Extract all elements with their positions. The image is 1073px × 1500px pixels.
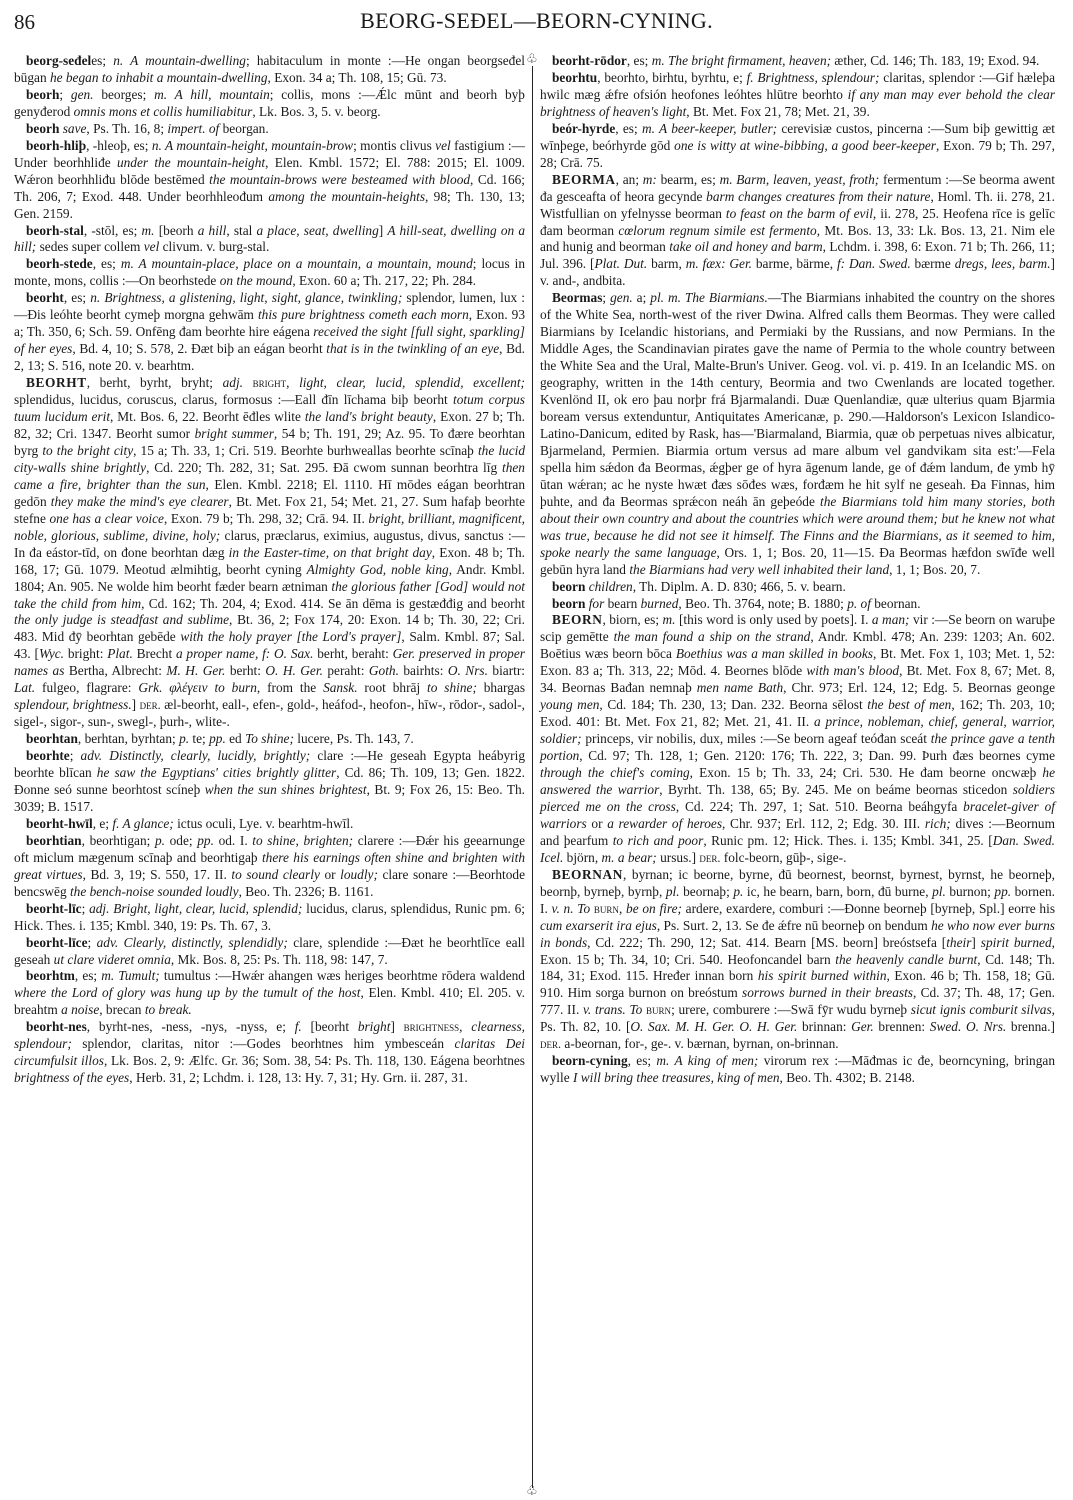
entry-text: Swed. O. Nrs. xyxy=(930,1019,1006,1034)
entry-text: with man's blood xyxy=(806,663,899,678)
dictionary-entry: beorh save, Ps. Th. 16, 8; impert. of be… xyxy=(14,121,525,138)
entry-text: rich; xyxy=(925,816,951,831)
entry-text: bearm, es; xyxy=(657,172,720,187)
entry-text: p. xyxy=(179,731,189,746)
column-divider xyxy=(532,66,533,1488)
entry-text: , Mk. Bos. 8, 25: Ps. Th. 118, 98: 147, … xyxy=(171,952,388,967)
entry-text: burnon; xyxy=(946,884,995,899)
entry-text: princeps, vir nobilis, dux, miles :—Se b… xyxy=(582,731,931,746)
entry-text xyxy=(243,375,253,390)
entry-text: ardere, exardere, comburi :—Đonne beorne… xyxy=(682,901,1055,916)
entry-text: , Exon. 34 a; Th. 108, 15; Gū. 73. xyxy=(268,70,447,85)
entry-text: on the mound xyxy=(220,273,293,288)
entry-text: ic, he bearn, barn, born, đū burne, xyxy=(743,884,932,899)
entry-text: adv. Distinctly, clearly, lucidly, brigh… xyxy=(81,748,311,763)
entry-text: , -stōl, es; xyxy=(84,223,142,238)
entry-text: to shine; xyxy=(427,680,477,695)
entry-text: gen. xyxy=(71,87,94,102)
entry-text: they make the mind's eye clearer xyxy=(51,494,229,509)
entry-text: this pure brightness cometh each morn xyxy=(258,307,469,322)
entry-text: , Chr. 937; Erl. 112, 2; Edg. 30. III. xyxy=(722,816,925,831)
entry-text: a rewarder of heroes xyxy=(607,816,722,831)
entry-text: Bertha, Albrecht: xyxy=(64,663,166,678)
entry-text: , byrht-nes, -ness, -nys, -nyss, e; xyxy=(87,1019,295,1034)
entry-text: brinnan: xyxy=(797,1019,851,1034)
entry-text: n. A mountain-dwelling xyxy=(113,53,246,68)
entry-text: a man; xyxy=(872,612,910,627)
entry-text: vel xyxy=(435,138,451,153)
entry-text: the land's bright beauty xyxy=(305,409,433,424)
dictionary-entry: beorht-līce; adv. Clearly, distinctly, s… xyxy=(14,935,525,969)
entry-text: bright summer xyxy=(195,426,274,441)
entry-text: Plat. xyxy=(107,646,133,661)
entry-text: through the chief's coming xyxy=(540,765,690,780)
entry-text: root bhrāj xyxy=(358,680,428,695)
entry-text: [beorht xyxy=(302,1019,358,1034)
entry-text: burn xyxy=(594,902,619,916)
entry-text: ; xyxy=(59,87,71,102)
entry-text: od. I. xyxy=(214,833,252,848)
entry-text: splendour, brightness. xyxy=(14,697,132,712)
dictionary-entry: beorht-nes, byrht-nes, -ness, -nys, -nys… xyxy=(14,1019,525,1087)
entry-text: save xyxy=(63,121,87,136)
entry-text: adv. Clearly, distinctly, splendidly; xyxy=(97,935,288,950)
entry-text: barm changes creatures from their nature xyxy=(706,189,930,204)
headword: beorhtu xyxy=(552,70,597,85)
entry-text: , Beo. Th. 4302; B. 2148. xyxy=(780,1070,915,1085)
entry-text: berht, beraht: xyxy=(313,646,392,661)
entry-text: cum exarserit ira ejus xyxy=(540,918,657,933)
entry-text: f. A glance; xyxy=(112,816,173,831)
entry-text: dregs, lees, barm. xyxy=(955,256,1051,271)
headword: beorg-seđel xyxy=(26,53,91,68)
entry-text: barme, bärme, xyxy=(752,256,837,271)
headword: BEORNAN xyxy=(552,867,623,882)
entry-text: brightness of the eyes xyxy=(14,1070,129,1085)
entry-text: children xyxy=(589,579,633,594)
entry-text: ; xyxy=(602,290,610,305)
entry-text: bright xyxy=(358,1019,391,1034)
headword: beorn-cyning xyxy=(552,1053,628,1068)
entry-text: , biorn, es; xyxy=(602,612,662,627)
entry-text: beorges; xyxy=(94,87,155,102)
headword: beorhtian xyxy=(26,833,82,848)
entry-text: barm, xyxy=(647,256,685,271)
right-column: beorht-rōdor, es; m. The bright firmamen… xyxy=(540,53,1055,1087)
entry-text: pp. xyxy=(197,833,214,848)
entry-text: the heavenly candle burnt xyxy=(835,952,977,967)
entry-text: omnis mons et collis humiliabitur xyxy=(74,104,253,119)
column-ornament-bottom-icon: ♧ xyxy=(526,1484,538,1497)
entry-text: the man found a ship on the strand xyxy=(614,629,811,644)
entry-text: m. a bear; xyxy=(602,850,657,865)
entry-text: , Cd. 97; Th. 128, 1; Gen. 2120: 176; Th… xyxy=(579,748,1055,763)
headword: beorh xyxy=(26,121,59,136)
entry-text: berht: xyxy=(225,663,265,678)
entry-text: p. xyxy=(155,833,165,848)
entry-text: beornan. xyxy=(871,596,921,611)
entry-text: , Beo. Th. 2326; B. 1161. xyxy=(239,884,374,899)
entry-text: , beorhtigan; xyxy=(82,833,155,848)
entry-text: , Bd. 3, 19; S. 550, 17. II. xyxy=(83,867,232,882)
running-head: BEORG-SEĐEL—BEORN-CYNING. xyxy=(0,8,1073,34)
entry-text: where the Lord of glory was hung up by t… xyxy=(14,985,360,1000)
entry-text: , Th. Diplm. A. D. 830; 466, 5. v. bearn… xyxy=(633,579,846,594)
entry-text: ] xyxy=(390,1019,403,1034)
dictionary-entry: BEORN, biorn, es; m. [this word is only … xyxy=(540,612,1055,866)
entry-text: sorrows burned in their breasts xyxy=(742,985,913,1000)
entry-text: I will bring thee treasures, king of men xyxy=(573,1070,780,1085)
entry-text: , Exon. 15 b; Th. 33, 24; Cri. 530. He đ… xyxy=(690,765,1043,780)
entry-text: Brecht xyxy=(133,646,176,661)
entry-text: O. Sax. M. H. Ger. O. H. Ger. xyxy=(630,1019,797,1034)
entry-text: the bench-noise sounded loudly xyxy=(70,884,239,899)
entry-text: to rich and poor xyxy=(613,833,704,848)
entry-text: , 1, 1; Bos. 20, 7. xyxy=(889,562,980,577)
headword: BEORHT xyxy=(26,375,87,390)
entry-text: ode; xyxy=(165,833,197,848)
entry-text: sicut ignis comburit silvas xyxy=(911,1002,1052,1017)
entry-text: under the mountain-height xyxy=(117,155,265,170)
entry-text: , xyxy=(619,901,626,916)
entry-text: bright xyxy=(253,376,287,390)
entry-text: folc-beorn, gūþ-, sige-. xyxy=(720,850,846,865)
dictionary-entry: beorh-stede, es; m. A mountain-place, pl… xyxy=(14,256,525,290)
entry-text: , -hleoþ, es; xyxy=(86,138,152,153)
entry-text: ursus.] xyxy=(657,850,700,865)
entry-text: Ger. xyxy=(851,1019,874,1034)
entry-text: , Cd. 184; Th. 230, 13; Dan. 232. Beorna… xyxy=(599,697,867,712)
entry-text: , stal xyxy=(226,223,256,238)
entry-text: p. xyxy=(733,884,743,899)
entry-text: a hill xyxy=(198,223,227,238)
dictionary-entry: beorg-seđeles; n. A mountain-dwelling; h… xyxy=(14,53,525,87)
headword: beorn xyxy=(552,596,585,611)
dictionary-entry: beorh-stal, -stōl, es; m. [beorh a hill,… xyxy=(14,223,525,257)
entry-text: , es; xyxy=(93,256,121,271)
entry-text: , Cd. 222; Th. 290, 12; Sat. 414. Bearn … xyxy=(587,935,946,950)
entry-text: lucere, Ps. Th. 143, 7. xyxy=(294,731,414,746)
entry-text: p. of xyxy=(847,596,871,611)
entry-text: their xyxy=(946,935,971,950)
entry-text: ; urere, comburere :—Swā fȳr wudu byrneþ xyxy=(671,1002,911,1017)
entry-text: a-beornan, for-, ge-. v. bærnan, byrnan,… xyxy=(561,1036,839,1051)
entry-text: Grk. φλέγειν to burn xyxy=(138,680,257,695)
entry-text: when the sun shines brightest xyxy=(205,782,367,797)
entry-text: pl. xyxy=(932,884,946,899)
entry-text: pl. m. The Biarmians. xyxy=(650,290,768,305)
entry-text: men name Bath xyxy=(697,680,783,695)
dictionary-entry: beorhtan, berhtan, byrhtan; p. te; pp. e… xyxy=(14,731,525,748)
headword: beorht-nes xyxy=(26,1019,87,1034)
headword: beorh-stede xyxy=(26,256,93,271)
entry-text: or xyxy=(320,867,340,882)
entry-text: , beorhto, birhtu, byrhtu, e; xyxy=(597,70,746,85)
entry-text: his spirit burned within xyxy=(758,968,887,983)
entry-text: vel xyxy=(144,239,160,254)
entry-text: ] xyxy=(971,935,980,950)
entry-text: splendidus, lucidus, coruscus, clarus, f… xyxy=(14,392,453,407)
entry-text: m. A mountain-place, place on a mountain… xyxy=(121,256,473,271)
entry-text: to the bright city xyxy=(42,443,133,458)
entry-text: m. xyxy=(142,223,155,238)
entry-text: O. Nrs. xyxy=(448,663,488,678)
entry-text: m. xyxy=(663,612,676,627)
dictionary-entry: beorhtu, beorhto, birhtu, byrhtu, e; f. … xyxy=(540,70,1055,121)
headword: beorhte xyxy=(26,748,70,763)
entry-text: pl. xyxy=(666,884,680,899)
entry-text: m. Tumult; xyxy=(101,968,160,983)
dictionary-entry: beorn children, Th. Diplm. A. D. 830; 46… xyxy=(540,579,1055,596)
headword: beorht-līce xyxy=(26,935,88,950)
entry-text: der. xyxy=(140,698,161,712)
entry-text: with the holy prayer [the Lord's prayer] xyxy=(180,629,401,644)
entry-text: adj. xyxy=(223,375,243,390)
dictionary-entry: Beormas; gen. a; pl. m. The Biarmians.—T… xyxy=(540,290,1055,578)
entry-text: n. A mountain-height, mountain-brow xyxy=(152,138,353,153)
entry-text: , 15 a; Th. 33, 1; Cri. 519. Beorhte bur… xyxy=(133,443,478,458)
entry-text: clivum. v. burg-stal. xyxy=(159,239,269,254)
entry-text: brightness xyxy=(404,1020,460,1034)
entry-text: der. xyxy=(540,1037,561,1051)
dictionary-entry: BEORHT, berht, byrht, bryht; adj. bright… xyxy=(14,375,525,731)
entry-text: Sansk. xyxy=(323,680,357,695)
entry-text: spirit burned xyxy=(981,935,1052,950)
dictionary-entry: beór-hyrde, es; m. A beer-keeper, butler… xyxy=(540,121,1055,172)
headword: beorht-rōdor xyxy=(552,53,627,68)
entry-text: , berht, byrht, bryht; xyxy=(87,375,223,390)
entry-text: to shine, brighten; xyxy=(252,833,353,848)
entry-text: , from the xyxy=(257,680,323,695)
entry-text: v. trans. To xyxy=(583,1002,642,1017)
entry-text: bhargas xyxy=(477,680,525,695)
entry-text: —The Biarmians inhabited the country on … xyxy=(540,290,1055,508)
entry-text: te; xyxy=(189,731,209,746)
entry-text: in the Easter-time, on that bright day xyxy=(229,545,432,560)
entry-text: , Runic pm. 12; Hick. Thes. i. 135; Kmbl… xyxy=(703,833,992,848)
entry-text: f. xyxy=(295,1019,302,1034)
entry-text: Plat. Dut. xyxy=(594,256,647,271)
entry-text: bearn xyxy=(604,596,640,611)
entry-text: gen. xyxy=(610,290,633,305)
entry-text: tumultus :—Hwǽr ahangen wæs heriges beor… xyxy=(160,968,525,983)
entry-text: , Exon. 79 b; Th. 298, 32; Crā. 94. II. xyxy=(164,511,368,526)
entry-text: brenna.] xyxy=(1006,1019,1055,1034)
entry-text: burn xyxy=(646,1003,671,1017)
entry-text: , Bd. 4, 10; S. 578, 2. Đæt biþ an eágan… xyxy=(72,341,326,356)
dictionary-entry: beorh; gen. beorges; m. A hill, mountain… xyxy=(14,87,525,121)
dictionary-entry: beorht-līc; adj. Bright, light, clear, l… xyxy=(14,901,525,935)
entry-text: To shine; xyxy=(245,731,294,746)
entry-text: Boethius was a man skilled in books xyxy=(676,646,873,661)
entry-text: Lat. xyxy=(14,680,35,695)
entry-text: adj. Bright, light, clear, lucid, splend… xyxy=(89,901,302,916)
entry-text: ed xyxy=(226,731,245,746)
entry-text: a; xyxy=(633,290,651,305)
entry-text: Goth. xyxy=(369,663,399,678)
headword: beorhtm xyxy=(26,968,75,983)
entry-text: be on fire; xyxy=(626,901,682,916)
headword: beorhtan xyxy=(26,731,78,746)
entry-text: ; xyxy=(88,935,97,950)
entry-text: , es; xyxy=(64,290,90,305)
dictionary-entry: beorht, es; n. Brightness, a glistening,… xyxy=(14,290,525,375)
entry-text: pp. xyxy=(994,884,1011,899)
dictionary-entry: beorn-cyning, es; m. A king of men; viro… xyxy=(540,1053,1055,1087)
entry-text: , Beo. Th. 3764, note; B. 1880; xyxy=(678,596,847,611)
entry-text: the best of men xyxy=(867,697,951,712)
entry-text: m. The bright firmament, heaven; xyxy=(652,53,831,68)
entry-text: the only judge is steadfast and sublime xyxy=(14,612,229,627)
entry-text: pp. xyxy=(209,731,226,746)
entry-text: ; montis clivus xyxy=(353,138,435,153)
entry-text: , Cd. 220; Th. 282, 31; Sat. 295. Đā cwo… xyxy=(146,460,502,475)
dictionary-entry: beorht-rōdor, es; m. The bright firmamen… xyxy=(540,53,1055,70)
column-ornament-top-icon: ♧ xyxy=(526,52,538,65)
entry-text: one is witty at wine-bibbing, a good bee… xyxy=(674,138,936,153)
entry-text: O. H. Ger. xyxy=(265,663,322,678)
entry-text: Wyc. xyxy=(39,646,64,661)
headword: beorh xyxy=(26,87,59,102)
entry-text: æther, Cd. 146; Th. 183, 19; Exod. 94. xyxy=(831,53,1039,68)
entry-text: cœlorum regnum simile est fermento xyxy=(618,223,816,238)
entry-text: , Cd. 162; Th. 204, 4; Exod. 414. Se ān … xyxy=(141,596,525,611)
entry-text: , Chr. 973; Erl. 124, 12; Edg. 5. Beorna… xyxy=(783,680,1055,695)
entry-text: splendor, claritas, nitor :—Godes beorht… xyxy=(72,1036,455,1051)
entry-text: bærme xyxy=(911,256,955,271)
dictionary-entry: BEORMA, an; m: bearm, es; m. Barm, leave… xyxy=(540,172,1055,291)
entry-text: , xyxy=(286,375,299,390)
entry-text: [this word is only used by poets]. I. xyxy=(675,612,871,627)
entry-text: beorgan. xyxy=(219,121,268,136)
entry-text: a place, seat, dwelling xyxy=(257,223,379,238)
entry-text: es; xyxy=(91,53,113,68)
entry-text: to sound clearly xyxy=(231,867,319,882)
entry-text: , Bt. Met. Fox 21, 78; Met. 21, 39. xyxy=(686,104,869,119)
entry-text: v. n. To xyxy=(552,901,591,916)
entry-text: björn, xyxy=(563,850,601,865)
entry-text: ictus oculi, Lye. v. bearhtm-hwīl. xyxy=(174,816,354,831)
entry-text: f: Dan. Swed. xyxy=(837,256,911,271)
entry-text: beornaþ; xyxy=(680,884,734,899)
dictionary-entry: beorhtian, beorhtigan; p. ode; pp. od. I… xyxy=(14,833,525,901)
entry-text: m: xyxy=(643,172,657,187)
headword: beorh-stal xyxy=(26,223,84,238)
dictionary-entry: beorhte; adv. Distinctly, clearly, lucid… xyxy=(14,748,525,816)
entry-text: the mountain-brows were besteamed with b… xyxy=(209,172,470,187)
entry-text: , es; xyxy=(75,968,101,983)
entry-text: biartr: xyxy=(488,663,525,678)
entry-text: , Lk. Bos. 2, 9: Ælfc. Gr. 36; Som. 38, … xyxy=(104,1053,525,1068)
entry-text: to feast on the barm of evil xyxy=(726,206,873,221)
entry-text: sedes super collem xyxy=(36,239,143,254)
entry-text: he saw the Egyptians' cities brightly gl… xyxy=(97,765,336,780)
dictionary-entry: beorhtm, es; m. Tumult; tumultus :—Hwǽr … xyxy=(14,968,525,1019)
entry-text: n. Brightness, a glistening, light, sigh… xyxy=(90,290,402,305)
entry-text: burned xyxy=(641,596,679,611)
headword: beorn xyxy=(552,579,585,594)
headword: beorht xyxy=(26,290,64,305)
entry-text: one has a clear voice xyxy=(49,511,163,526)
entry-text: among the mountain-heights xyxy=(268,189,425,204)
entry-text: bairhts: xyxy=(399,663,448,678)
entry-text: , an; xyxy=(616,172,643,187)
entry-text: brennen: xyxy=(874,1019,930,1034)
entry-text: that is in the twinkling of an eye xyxy=(326,341,499,356)
entry-text: , es; xyxy=(628,1053,657,1068)
entry-text: m. A king of men; xyxy=(656,1053,758,1068)
entry-text: , berhtan, byrhtan; xyxy=(78,731,179,746)
headword: beór-hyrde xyxy=(552,121,615,136)
entry-text: young men xyxy=(540,697,599,712)
left-column: beorg-seđeles; n. A mountain-dwelling; h… xyxy=(14,53,525,1087)
headword: BEORN xyxy=(552,612,602,627)
entry-text: m. A beer-keeper, butler; xyxy=(642,121,777,136)
entry-text: m. A hill, mountain xyxy=(154,87,270,102)
entry-text: bright: xyxy=(64,646,107,661)
entry-text: , brecan xyxy=(99,1002,145,1017)
entry-text: m. fæx: Ger. xyxy=(686,256,752,271)
entry-text: for xyxy=(589,596,605,611)
entry-text: , Lk. Bos. 3, 5. v. beorg. xyxy=(252,104,380,119)
entry-text: , xyxy=(459,1019,471,1034)
entry-text: , Ps. Surt. 2, 13. Se đe ǽfre nū beorneþ… xyxy=(657,918,931,933)
headword: beorht-līc xyxy=(26,901,82,916)
headword: BEORMA xyxy=(552,172,616,187)
entry-text: der. xyxy=(699,851,720,865)
entry-text: fulgeo, flagrare: xyxy=(35,680,138,695)
entry-text: M. H. Ger. xyxy=(166,663,225,678)
entry-text: ] xyxy=(132,697,140,712)
entry-text: a noise xyxy=(61,1002,99,1017)
entry-text: peraht: xyxy=(323,663,369,678)
entry-text: or xyxy=(587,816,607,831)
entry-text: he began to inhabit a mountain-dwelling xyxy=(50,70,268,85)
entry-text: ; xyxy=(82,901,89,916)
dictionary-entry: beorn for bearn burned, Beo. Th. 3764, n… xyxy=(540,596,1055,613)
entry-text: Almighty God, noble king xyxy=(307,562,449,577)
entry-text: ut clare videret omnia xyxy=(54,952,171,967)
entry-text: , Cd. 224; Th. 297, 1; Sat. 510. Beorna … xyxy=(676,799,963,814)
entry-text: , es; xyxy=(615,121,642,136)
entry-text: impert. of xyxy=(167,121,219,136)
headword: beorh-hliþ xyxy=(26,138,86,153)
entry-text: , Ps. Th. 16, 8; xyxy=(86,121,167,136)
entry-text: ; xyxy=(70,748,81,763)
entry-text: take oil and honey and barm xyxy=(669,239,822,254)
dictionary-entry: beorh-hliþ, -hleoþ, es; n. A mountain-he… xyxy=(14,138,525,223)
entry-text: , Mt. Bos. 6, 22. Beorht ēđles wlite xyxy=(110,409,305,424)
entry-text: , Herb. 31, 2; Lchdm. i. 128, 13: Hy. 7,… xyxy=(129,1070,468,1085)
headword: beorht-hwīl xyxy=(26,816,93,831)
entry-text: f. Brightness, splendour; xyxy=(747,70,880,85)
dictionary-entry: beorht-hwīl, e; f. A glance; ictus oculi… xyxy=(14,816,525,833)
entry-text: m. Barm, leaven, yeast, froth; xyxy=(720,172,880,187)
entry-text: a proper name, f: O. Sax. xyxy=(176,646,313,661)
entry-text: light, clear, lucid, splendid, excellent… xyxy=(299,375,525,390)
headword: Beormas xyxy=(552,290,602,305)
entry-text: , e; xyxy=(93,816,113,831)
dictionary-entry: BEORNAN, byrnan; ic beorne, byrne, đū be… xyxy=(540,867,1055,1053)
entry-text: , Exon. 60 a; Th. 217, 22; Ph. 284. xyxy=(292,273,476,288)
entry-text: the Biarmians had very well inhabited th… xyxy=(629,562,889,577)
entry-text: , Byrht. Th. 138, 65; By. 245. Me on beá… xyxy=(659,782,1012,797)
entry-text: loudly; xyxy=(340,867,378,882)
entry-text: [beorh xyxy=(155,223,198,238)
entry-text: to break. xyxy=(145,1002,192,1017)
entry-text: , es; xyxy=(627,53,652,68)
